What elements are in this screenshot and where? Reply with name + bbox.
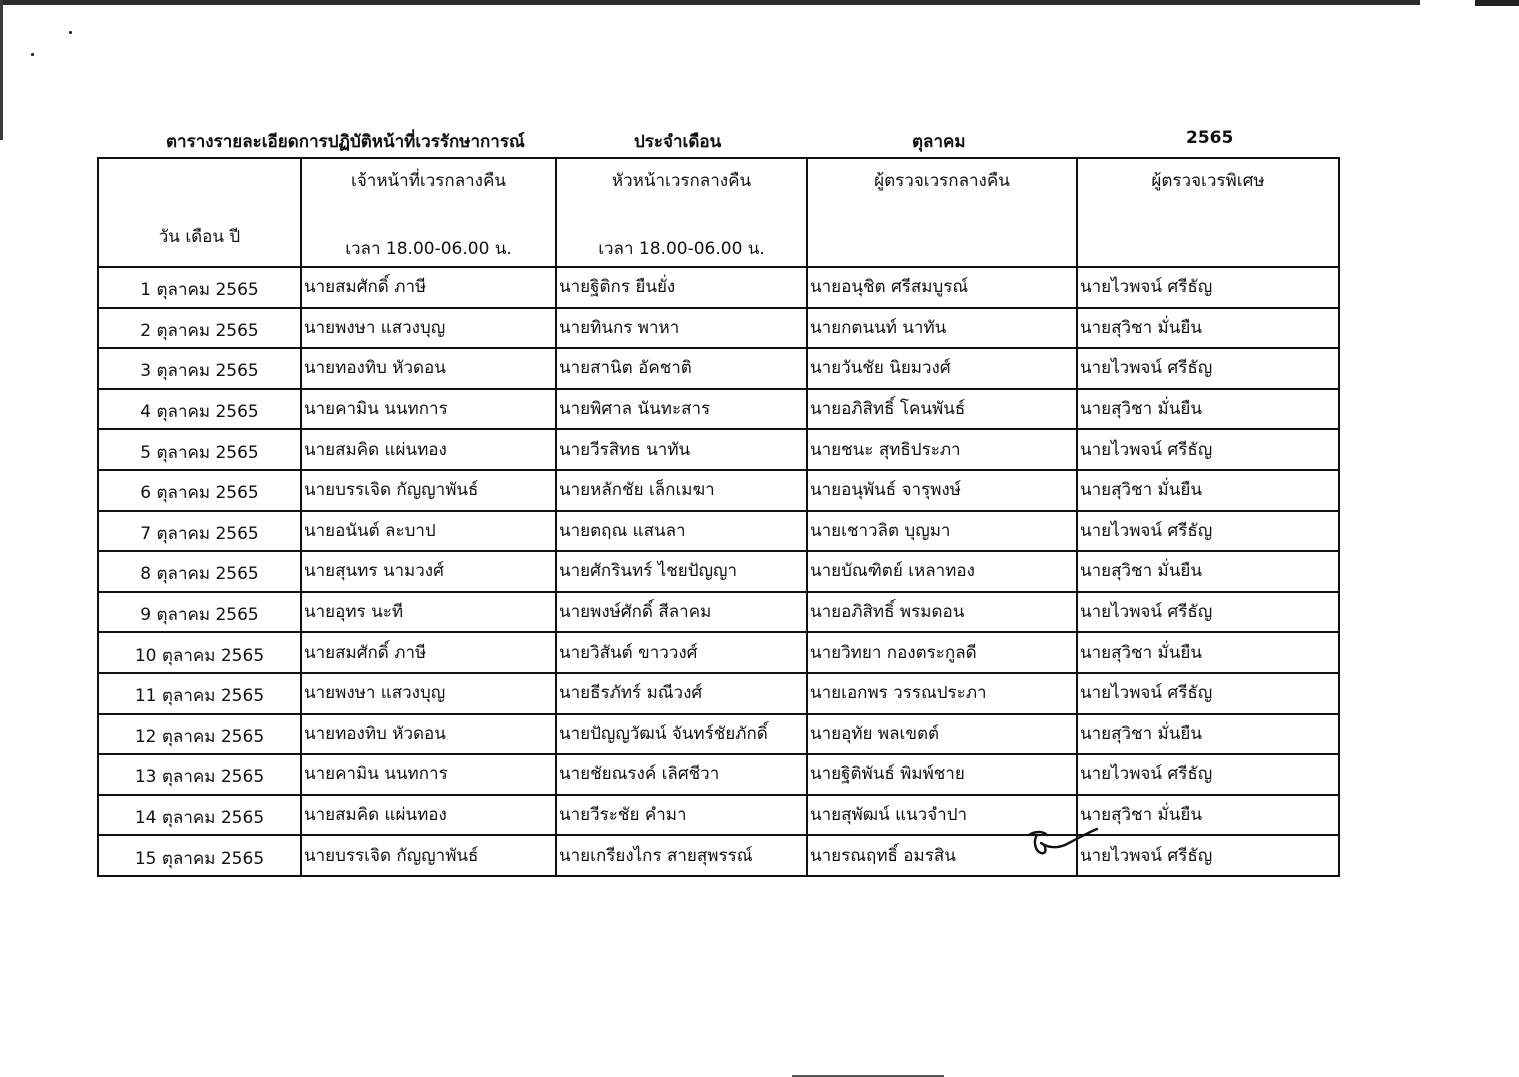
table-row: 4 ตุลาคม 2565นายคามิน นนทการนายพิศาล นัน… [98, 389, 1339, 430]
night-inspector-cell: นายชนะ สุทธิประภา [807, 429, 1077, 470]
night-officer-cell: นายคามิน นนทการ [301, 754, 556, 795]
scan-edge-top [0, 0, 1420, 5]
date-cell: 2 ตุลาคม 2565 [98, 308, 301, 349]
special-inspector-cell: นายไวพจน์ ศรีธัญ [1077, 348, 1339, 389]
date-cell: 6 ตุลาคม 2565 [98, 470, 301, 511]
date-cell: 15 ตุลาคม 2565 [98, 835, 301, 876]
night-inspector-cell: นายอภิสิทธิ์ โคนพันธ์ [807, 389, 1077, 430]
header-night-head-time: เวลา 18.00-06.00 น. [557, 235, 806, 262]
night-officer-cell: นายสมคิด แผ่นทอง [301, 795, 556, 836]
scan-edge-left [0, 0, 3, 140]
table-row: 9 ตุลาคม 2565นายอุทร นะทีนายพงษ์ศักดิ์ ส… [98, 592, 1339, 633]
date-cell: 5 ตุลาคม 2565 [98, 429, 301, 470]
special-inspector-cell: นายไวพจน์ ศรีธัญ [1077, 429, 1339, 470]
night-head-cell: นายชัยณรงค์ เลิศชีวา [556, 754, 807, 795]
night-officer-cell: นายอนันต์ ละบาป [301, 511, 556, 552]
header-night-head-label: หัวหน้าเวรกลางคืน [557, 167, 806, 194]
table-row: 5 ตุลาคม 2565นายสมคิด แผ่นทองนายวีรสิทธ … [98, 429, 1339, 470]
night-head-cell: นายวีระชัย คำมา [556, 795, 807, 836]
night-head-cell: นายฐิติกร ยืนยั่ง [556, 267, 807, 308]
night-inspector-cell: นายบัณฑิตย์ เหลาทอง [807, 551, 1077, 592]
night-officer-cell: นายคามิน นนทการ [301, 389, 556, 430]
scan-edge-top-right [1475, 0, 1519, 6]
header-night-head: หัวหน้าเวรกลางคืน เวลา 18.00-06.00 น. [556, 158, 807, 267]
header-night-officer-label: เจ้าหน้าที่เวรกลางคืน [302, 167, 555, 194]
document-title: ตารางรายละเอียดการปฏิบัติหน้าที่เวรรักษา… [166, 128, 525, 155]
header-date: วัน เดือน ปี [98, 158, 301, 267]
table-row: 7 ตุลาคม 2565นายอนันต์ ละบาปนายตฤณ แสนลา… [98, 511, 1339, 552]
night-officer-cell: นายบรรเจิด กัญญาพันธ์ [301, 835, 556, 876]
table-header-row: วัน เดือน ปี เจ้าหน้าที่เวรกลางคืน เวลา … [98, 158, 1339, 267]
period-month: ตุลาคม [912, 128, 966, 155]
special-inspector-cell: นายสุวิชา มั่นยืน [1077, 389, 1339, 430]
night-head-cell: นายเกรียงไกร สายสุพรรณ์ [556, 835, 807, 876]
header-special-inspector-label: ผู้ตรวจเวรพิเศษ [1078, 167, 1338, 194]
night-officer-cell: นายสมศักดิ์ ภาษี [301, 267, 556, 308]
special-inspector-cell: นายไวพจน์ ศรีธัญ [1077, 592, 1339, 633]
special-inspector-cell: นายไวพจน์ ศรีธัญ [1077, 267, 1339, 308]
night-inspector-cell: นายอนุพันธ์ จารุพงษ์ [807, 470, 1077, 511]
special-inspector-cell: นายสุวิชา มั่นยืน [1077, 551, 1339, 592]
night-head-cell: นายวิสันต์ ขาววงศ์ [556, 632, 807, 673]
night-head-cell: นายพงษ์ศักดิ์ สีลาคม [556, 592, 807, 633]
table-row: 13 ตุลาคม 2565นายคามิน นนทการนายชัยณรงค์… [98, 754, 1339, 795]
night-head-cell: นายตฤณ แสนลา [556, 511, 807, 552]
period-year: 2565 [1186, 128, 1233, 148]
night-head-cell: นายหลักชัย เล็กเมฆา [556, 470, 807, 511]
night-officer-cell: นายสมคิด แผ่นทอง [301, 429, 556, 470]
header-special-inspector: ผู้ตรวจเวรพิเศษ [1077, 158, 1339, 267]
special-inspector-cell: นายไวพจน์ ศรีธัญ [1077, 835, 1339, 876]
special-inspector-cell: นายไวพจน์ ศรีธัญ [1077, 673, 1339, 714]
date-cell: 4 ตุลาคม 2565 [98, 389, 301, 430]
night-head-cell: นายสานิต อัคชาติ [556, 348, 807, 389]
night-inspector-cell: นายเอกพร วรรณประภา [807, 673, 1077, 714]
header-date-label: วัน เดือน ปี [99, 223, 300, 250]
table-row: 10 ตุลาคม 2565นายสมศักดิ์ ภาษีนายวิสันต์… [98, 632, 1339, 673]
document-title-row: ตารางรายละเอียดการปฏิบัติหน้าที่เวรรักษา… [160, 128, 1340, 154]
duty-roster-table: วัน เดือน ปี เจ้าหน้าที่เวรกลางคืน เวลา … [97, 157, 1340, 877]
night-inspector-cell: นายอภิสิทธิ์ พรมดอน [807, 592, 1077, 633]
night-inspector-cell: นายวันชัย นิยมวงศ์ [807, 348, 1077, 389]
header-night-officer: เจ้าหน้าที่เวรกลางคืน เวลา 18.00-06.00 น… [301, 158, 556, 267]
night-officer-cell: นายบรรเจิด กัญญาพันธ์ [301, 470, 556, 511]
scan-speck [31, 53, 34, 56]
table-row: 8 ตุลาคม 2565นายสุนทร นามวงศ์นายศักรินทร… [98, 551, 1339, 592]
table-row: 2 ตุลาคม 2565นายพงษา แสวงบุญนายทินกร พาห… [98, 308, 1339, 349]
night-head-cell: นายปัญญวัฒน์ จันทร์ชัยภักดิ์ [556, 714, 807, 755]
period-label: ประจำเดือน [634, 128, 721, 155]
special-inspector-cell: นายสุวิชา มั่นยืน [1077, 632, 1339, 673]
night-officer-cell: นายสุนทร นามวงศ์ [301, 551, 556, 592]
night-officer-cell: นายทองทิบ หัวดอน [301, 714, 556, 755]
night-officer-cell: นายอุทร นะที [301, 592, 556, 633]
night-inspector-cell: นายฐิติพันธ์ พิมพ์ชาย [807, 754, 1077, 795]
night-head-cell: นายธีรภัทร์ มณีวงศ์ [556, 673, 807, 714]
table-row: 3 ตุลาคม 2565นายทองทิบ หัวดอนนายสานิต อั… [98, 348, 1339, 389]
special-inspector-cell: นายสุวิชา มั่นยืน [1077, 470, 1339, 511]
header-night-officer-time: เวลา 18.00-06.00 น. [302, 235, 555, 262]
table-row: 14 ตุลาคม 2565นายสมคิด แผ่นทองนายวีระชัย… [98, 795, 1339, 836]
date-cell: 9 ตุลาคม 2565 [98, 592, 301, 633]
night-inspector-cell: นายวิทยา กองตระกูลดี [807, 632, 1077, 673]
table-row: 11 ตุลาคม 2565นายพงษา แสวงบุญนายธีรภัทร์… [98, 673, 1339, 714]
table-row: 6 ตุลาคม 2565นายบรรเจิด กัญญาพันธ์นายหลั… [98, 470, 1339, 511]
table-body: 1 ตุลาคม 2565นายสมศักดิ์ ภาษีนายฐิติกร ย… [98, 267, 1339, 876]
date-cell: 3 ตุลาคม 2565 [98, 348, 301, 389]
table-row: 15 ตุลาคม 2565นายบรรเจิด กัญญาพันธ์นายเก… [98, 835, 1339, 876]
special-inspector-cell: นายสุวิชา มั่นยืน [1077, 714, 1339, 755]
night-head-cell: นายวีรสิทธ นาทัน [556, 429, 807, 470]
date-cell: 12 ตุลาคม 2565 [98, 714, 301, 755]
date-cell: 8 ตุลาคม 2565 [98, 551, 301, 592]
night-officer-cell: นายพงษา แสวงบุญ [301, 308, 556, 349]
night-head-cell: นายทินกร พาหา [556, 308, 807, 349]
night-officer-cell: นายสมศักดิ์ ภาษี [301, 632, 556, 673]
handwritten-signature-icon [1025, 825, 1105, 870]
night-inspector-cell: นายเชาวลิต บุญมา [807, 511, 1077, 552]
table-row: 12 ตุลาคม 2565นายทองทิบ หัวดอนนายปัญญวัฒ… [98, 714, 1339, 755]
special-inspector-cell: นายสุวิชา มั่นยืน [1077, 795, 1339, 836]
scan-speck [69, 31, 72, 34]
date-cell: 7 ตุลาคม 2565 [98, 511, 301, 552]
night-inspector-cell: นายอุทัย พลเขตต์ [807, 714, 1077, 755]
special-inspector-cell: นายสุวิชา มั่นยืน [1077, 308, 1339, 349]
date-cell: 11 ตุลาคม 2565 [98, 673, 301, 714]
date-cell: 10 ตุลาคม 2565 [98, 632, 301, 673]
night-head-cell: นายศักรินทร์ ไชยปัญญา [556, 551, 807, 592]
special-inspector-cell: นายไวพจน์ ศรีธัญ [1077, 754, 1339, 795]
night-officer-cell: นายพงษา แสวงบุญ [301, 673, 556, 714]
header-night-inspector: ผู้ตรวจเวรกลางคืน [807, 158, 1077, 267]
special-inspector-cell: นายไวพจน์ ศรีธัญ [1077, 511, 1339, 552]
date-cell: 14 ตุลาคม 2565 [98, 795, 301, 836]
date-cell: 13 ตุลาคม 2565 [98, 754, 301, 795]
date-cell: 1 ตุลาคม 2565 [98, 267, 301, 308]
night-head-cell: นายพิศาล นันทะสาร [556, 389, 807, 430]
night-officer-cell: นายทองทิบ หัวดอน [301, 348, 556, 389]
night-inspector-cell: นายกตนนท์ นาทัน [807, 308, 1077, 349]
table-row: 1 ตุลาคม 2565นายสมศักดิ์ ภาษีนายฐิติกร ย… [98, 267, 1339, 308]
night-inspector-cell: นายอนุชิต ศรีสมบูรณ์ [807, 267, 1077, 308]
header-night-inspector-label: ผู้ตรวจเวรกลางคืน [808, 167, 1076, 194]
